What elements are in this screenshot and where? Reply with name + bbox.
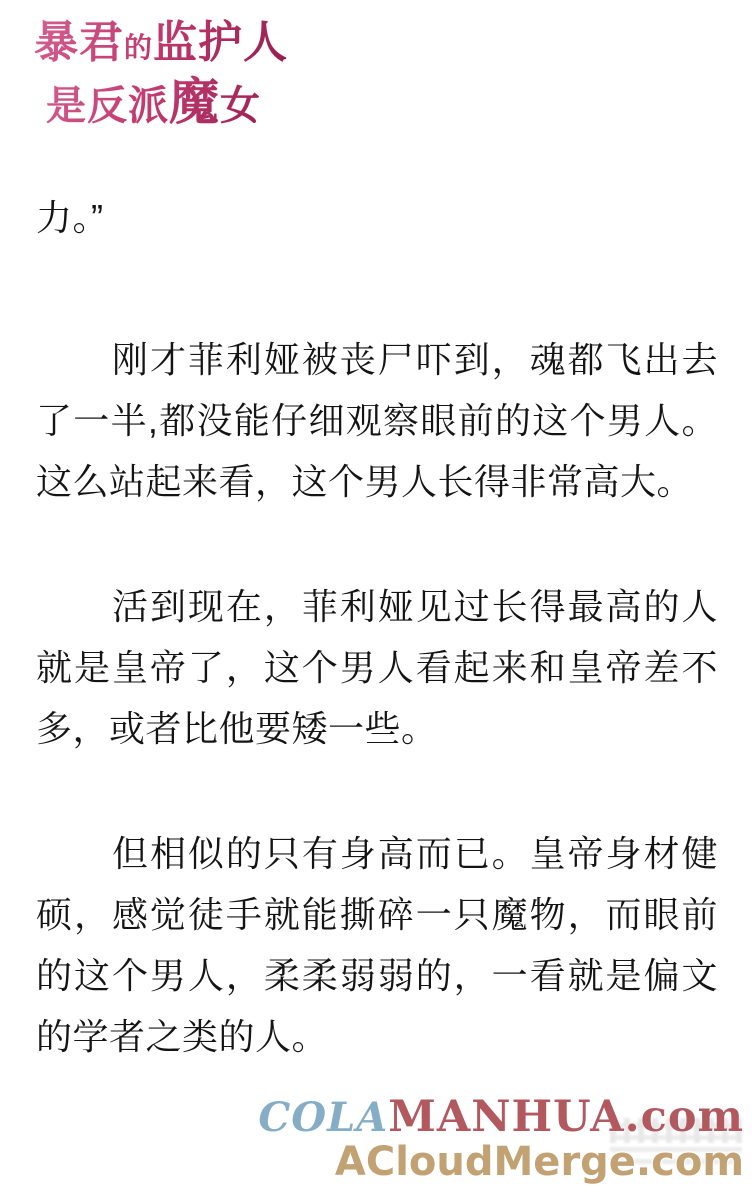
logo-line2-part4: 女: [220, 82, 261, 129]
logo-line-2: 是反派魔女: [34, 75, 288, 133]
paragraph-2: 刚才菲利娅被丧尸吓到，魂都飞出去了一半,都没能仔细观察眼前的这个男人。这么站起来…: [36, 329, 718, 512]
logo-line2-part2: 反派: [87, 82, 169, 129]
paragraph-1: 力。”: [36, 187, 718, 248]
watermark-manhua-main: MANHUA.com: [388, 1092, 744, 1142]
logo-line1-part2: 的: [124, 31, 153, 64]
logo-line1-part1: 暴君: [34, 17, 124, 68]
watermark-cola-script: COLA: [258, 1094, 388, 1141]
logo-line2-part3: 魔: [169, 72, 220, 131]
logo-line1-part3: 监护人: [153, 17, 288, 68]
logo-line2-part1: 是: [46, 82, 87, 129]
watermark-footer: COLAMANHUA.com ACloudMerge.com: [258, 1096, 744, 1182]
paragraph-4: 但相似的只有身高而已。皇帝身材健硕，感觉徒手就能撕碎一只魔物，而眼前的这个男人，…: [36, 823, 718, 1067]
watermark-colamanhua: COLAMANHUA.com: [258, 1096, 744, 1139]
logo-line-1: 暴君的监护人: [34, 16, 288, 75]
site-logo: 暴君的监护人 是反派魔女: [34, 16, 288, 133]
chapter-text-block: 力。” 刚才菲利娅被丧尸吓到，魂都飞出去了一半,都没能仔细观察眼前的这个男人。这…: [36, 187, 718, 1131]
watermark-acloudmerge: ACloudMerge.com: [258, 1142, 744, 1182]
paragraph-3: 活到现在，菲利娅见过长得最高的人就是皇帝了，这个男人看起来和皇帝差不多，或者比他…: [36, 576, 718, 759]
